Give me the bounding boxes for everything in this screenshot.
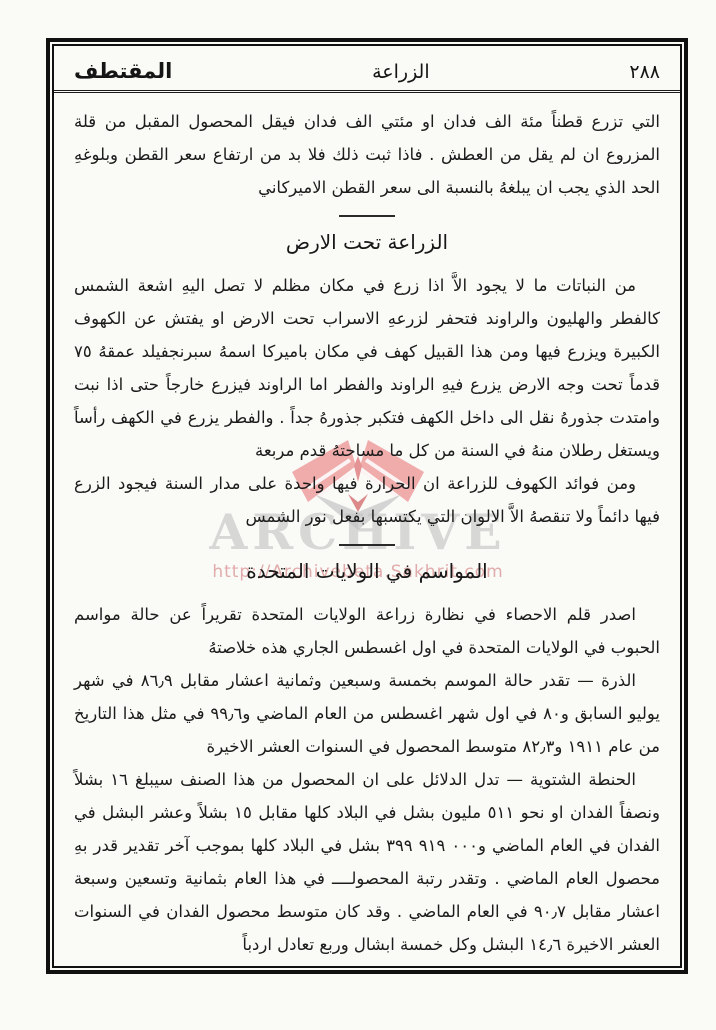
page-frame: ٢٨٨ الزراعة المقتطف التي تزرع قطناً مئة … [46,38,688,974]
intro-paragraph: التي تزرع قطناً مئة الف فدان او مئتي الف… [74,105,660,204]
page-number: ٢٨٨ [629,61,660,83]
scanned-magazine-page: ARCHIVE http://Archivebeta.Sakhrit.com ٢… [0,0,716,1030]
section-title-us-seasons: المواسم في الولايات المتحدة [74,555,660,588]
page-header: ٢٨٨ الزراعة المقتطف [54,46,680,93]
body-paragraph: الحنطة الشتوية — تدل الدلائل على ان المح… [74,763,660,961]
body-paragraph: الذرة — تقدر حالة الموسم بخمسة وسبعين وث… [74,664,660,763]
magazine-title: المقتطف [74,59,172,83]
body-paragraph: من النباتات ما لا يجود الاَّ اذا زرع في … [74,269,660,467]
journal-section-title: الزراعة [372,61,430,83]
body-paragraph: ومن فوائد الكهوف للزراعة ان الحرارة فيها… [74,467,660,533]
body-paragraph: اصدر قلم الاحصاء في نظارة زراعة الولايات… [74,598,660,664]
section-title-underground-farming: الزراعة تحت الارض [74,226,660,259]
page-body: التي تزرع قطناً مئة الف فدان او مئتي الف… [54,93,680,961]
section-divider [339,215,395,217]
page-frame-inner: ٢٨٨ الزراعة المقتطف التي تزرع قطناً مئة … [52,44,682,968]
section-divider [339,544,395,546]
